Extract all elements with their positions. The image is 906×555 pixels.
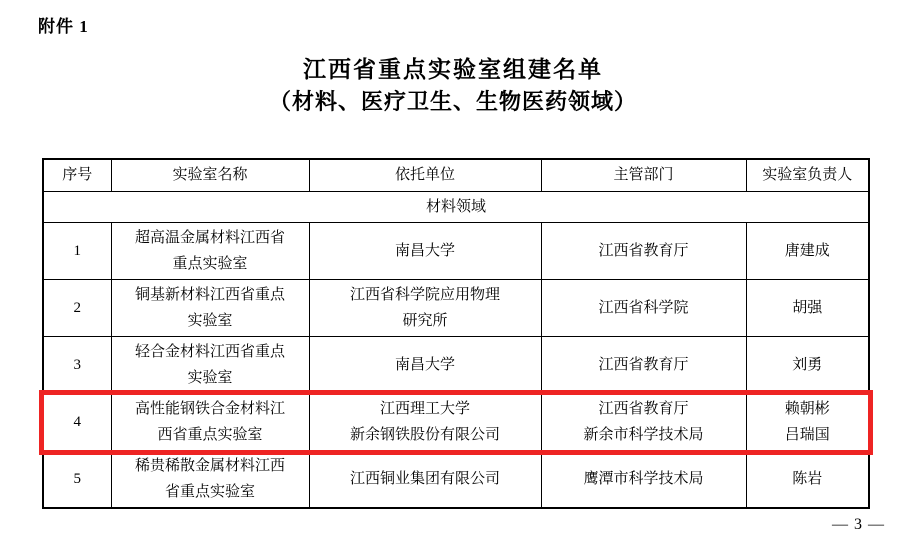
cell-line: 陈岩 [749,466,867,492]
cell-line: 南昌大学 [349,238,502,264]
cell-line: 江西省教育厅 [567,396,720,422]
cell-line: 轻合金材料江西省重点实验室 [134,339,287,391]
unit-cell: 江西省科学院应用物理研究所 [309,280,541,337]
unit-cell: 江西理工大学新余钢铁股份有限公司 [309,394,541,451]
dept-cell: 鹰潭市科学技术局 [541,451,746,509]
cell-line: 江西省教育厅 [567,352,720,378]
lab-name-cell: 超高温金属材料江西省重点实验室 [111,223,309,280]
row-number-cell: 5 [43,451,111,509]
labs-table: 序号 实验室名称 依托单位 主管部门 实验室负责人 材料领域 1 超高温金属材料… [42,158,870,509]
cell-line: 南昌大学 [349,352,502,378]
row-number-cell: 2 [43,280,111,337]
cell-line: 江西省科学院 [567,295,720,321]
cell-line: 江西省科学院应用物理研究所 [349,282,502,334]
cell-line: 江西省教育厅 [567,238,720,264]
unit-cell: 南昌大学 [309,223,541,280]
cell-line: 吕瑞国 [749,422,867,448]
section-header-materials: 材料领域 [43,192,869,223]
cell-line: 超高温金属材料江西省重点实验室 [134,225,287,277]
table-row: 3 轻合金材料江西省重点实验室 南昌大学 江西省教育厅 刘勇 [43,337,869,394]
cell-line: 胡强 [749,295,867,321]
cell-line: 鹰潭市科学技术局 [567,466,720,492]
column-header-supporting-unit: 依托单位 [309,159,541,192]
head-cell: 胡强 [746,280,869,337]
cell-line: 江西理工大学 [349,396,502,422]
page-subtitle: （材料、医疗卫生、生物医药领域） [0,86,906,117]
row-number-cell: 3 [43,337,111,394]
page-title: 江西省重点实验室组建名单 [0,54,906,86]
column-header-lab-head: 实验室负责人 [746,159,869,192]
head-cell: 刘勇 [746,337,869,394]
dept-cell: 江西省教育厅 [541,337,746,394]
dept-cell: 江西省教育厅新余市科学技术局 [541,394,746,451]
table-row-highlighted: 4 高性能钢铁合金材料江西省重点实验室 江西理工大学新余钢铁股份有限公司 江西省… [43,394,869,451]
table-row: 5 稀贵稀散金属材料江西省重点实验室 江西铜业集团有限公司 鹰潭市科学技术局 陈… [43,451,869,509]
dept-cell: 江西省教育厅 [541,223,746,280]
section-header-row: 材料领域 [43,192,869,223]
lab-name-cell: 稀贵稀散金属材料江西省重点实验室 [111,451,309,509]
unit-cell: 南昌大学 [309,337,541,394]
head-cell: 唐建成 [746,223,869,280]
head-cell: 赖朝彬吕瑞国 [746,394,869,451]
cell-line: 铜基新材料江西省重点实验室 [134,282,287,334]
cell-line: 江西铜业集团有限公司 [349,466,502,492]
table-row: 1 超高温金属材料江西省重点实验室 南昌大学 江西省教育厅 唐建成 [43,223,869,280]
table-row: 2 铜基新材料江西省重点实验室 江西省科学院应用物理研究所 江西省科学院 胡强 [43,280,869,337]
unit-cell: 江西铜业集团有限公司 [309,451,541,509]
cell-line: 高性能钢铁合金材料江西省重点实验室 [134,396,287,448]
cell-line: 刘勇 [749,352,867,378]
column-header-number: 序号 [43,159,111,192]
cell-line: 新余市科学技术局 [567,422,720,448]
cell-line: 稀贵稀散金属材料江西省重点实验室 [134,453,287,505]
cell-line: 赖朝彬 [749,396,867,422]
lab-name-cell: 铜基新材料江西省重点实验室 [111,280,309,337]
title-block: 江西省重点实验室组建名单 （材料、医疗卫生、生物医药领域） [0,54,906,117]
table-header-row: 序号 实验室名称 依托单位 主管部门 实验室负责人 [43,159,869,192]
page-number: — 3 — [832,516,885,534]
document-page: { "document": { "attachment_label": "附件 … [0,0,906,555]
row-number-cell: 4 [43,394,111,451]
cell-line: 新余钢铁股份有限公司 [349,422,502,448]
lab-name-cell: 轻合金材料江西省重点实验室 [111,337,309,394]
column-header-department: 主管部门 [541,159,746,192]
attachment-label: 附件 1 [38,12,89,37]
dept-cell: 江西省科学院 [541,280,746,337]
head-cell: 陈岩 [746,451,869,509]
lab-name-cell: 高性能钢铁合金材料江西省重点实验室 [111,394,309,451]
column-header-lab-name: 实验室名称 [111,159,309,192]
table-body: 材料领域 1 超高温金属材料江西省重点实验室 南昌大学 江西省教育厅 唐建成 2… [43,192,869,509]
row-number-cell: 1 [43,223,111,280]
cell-line: 唐建成 [749,238,867,264]
